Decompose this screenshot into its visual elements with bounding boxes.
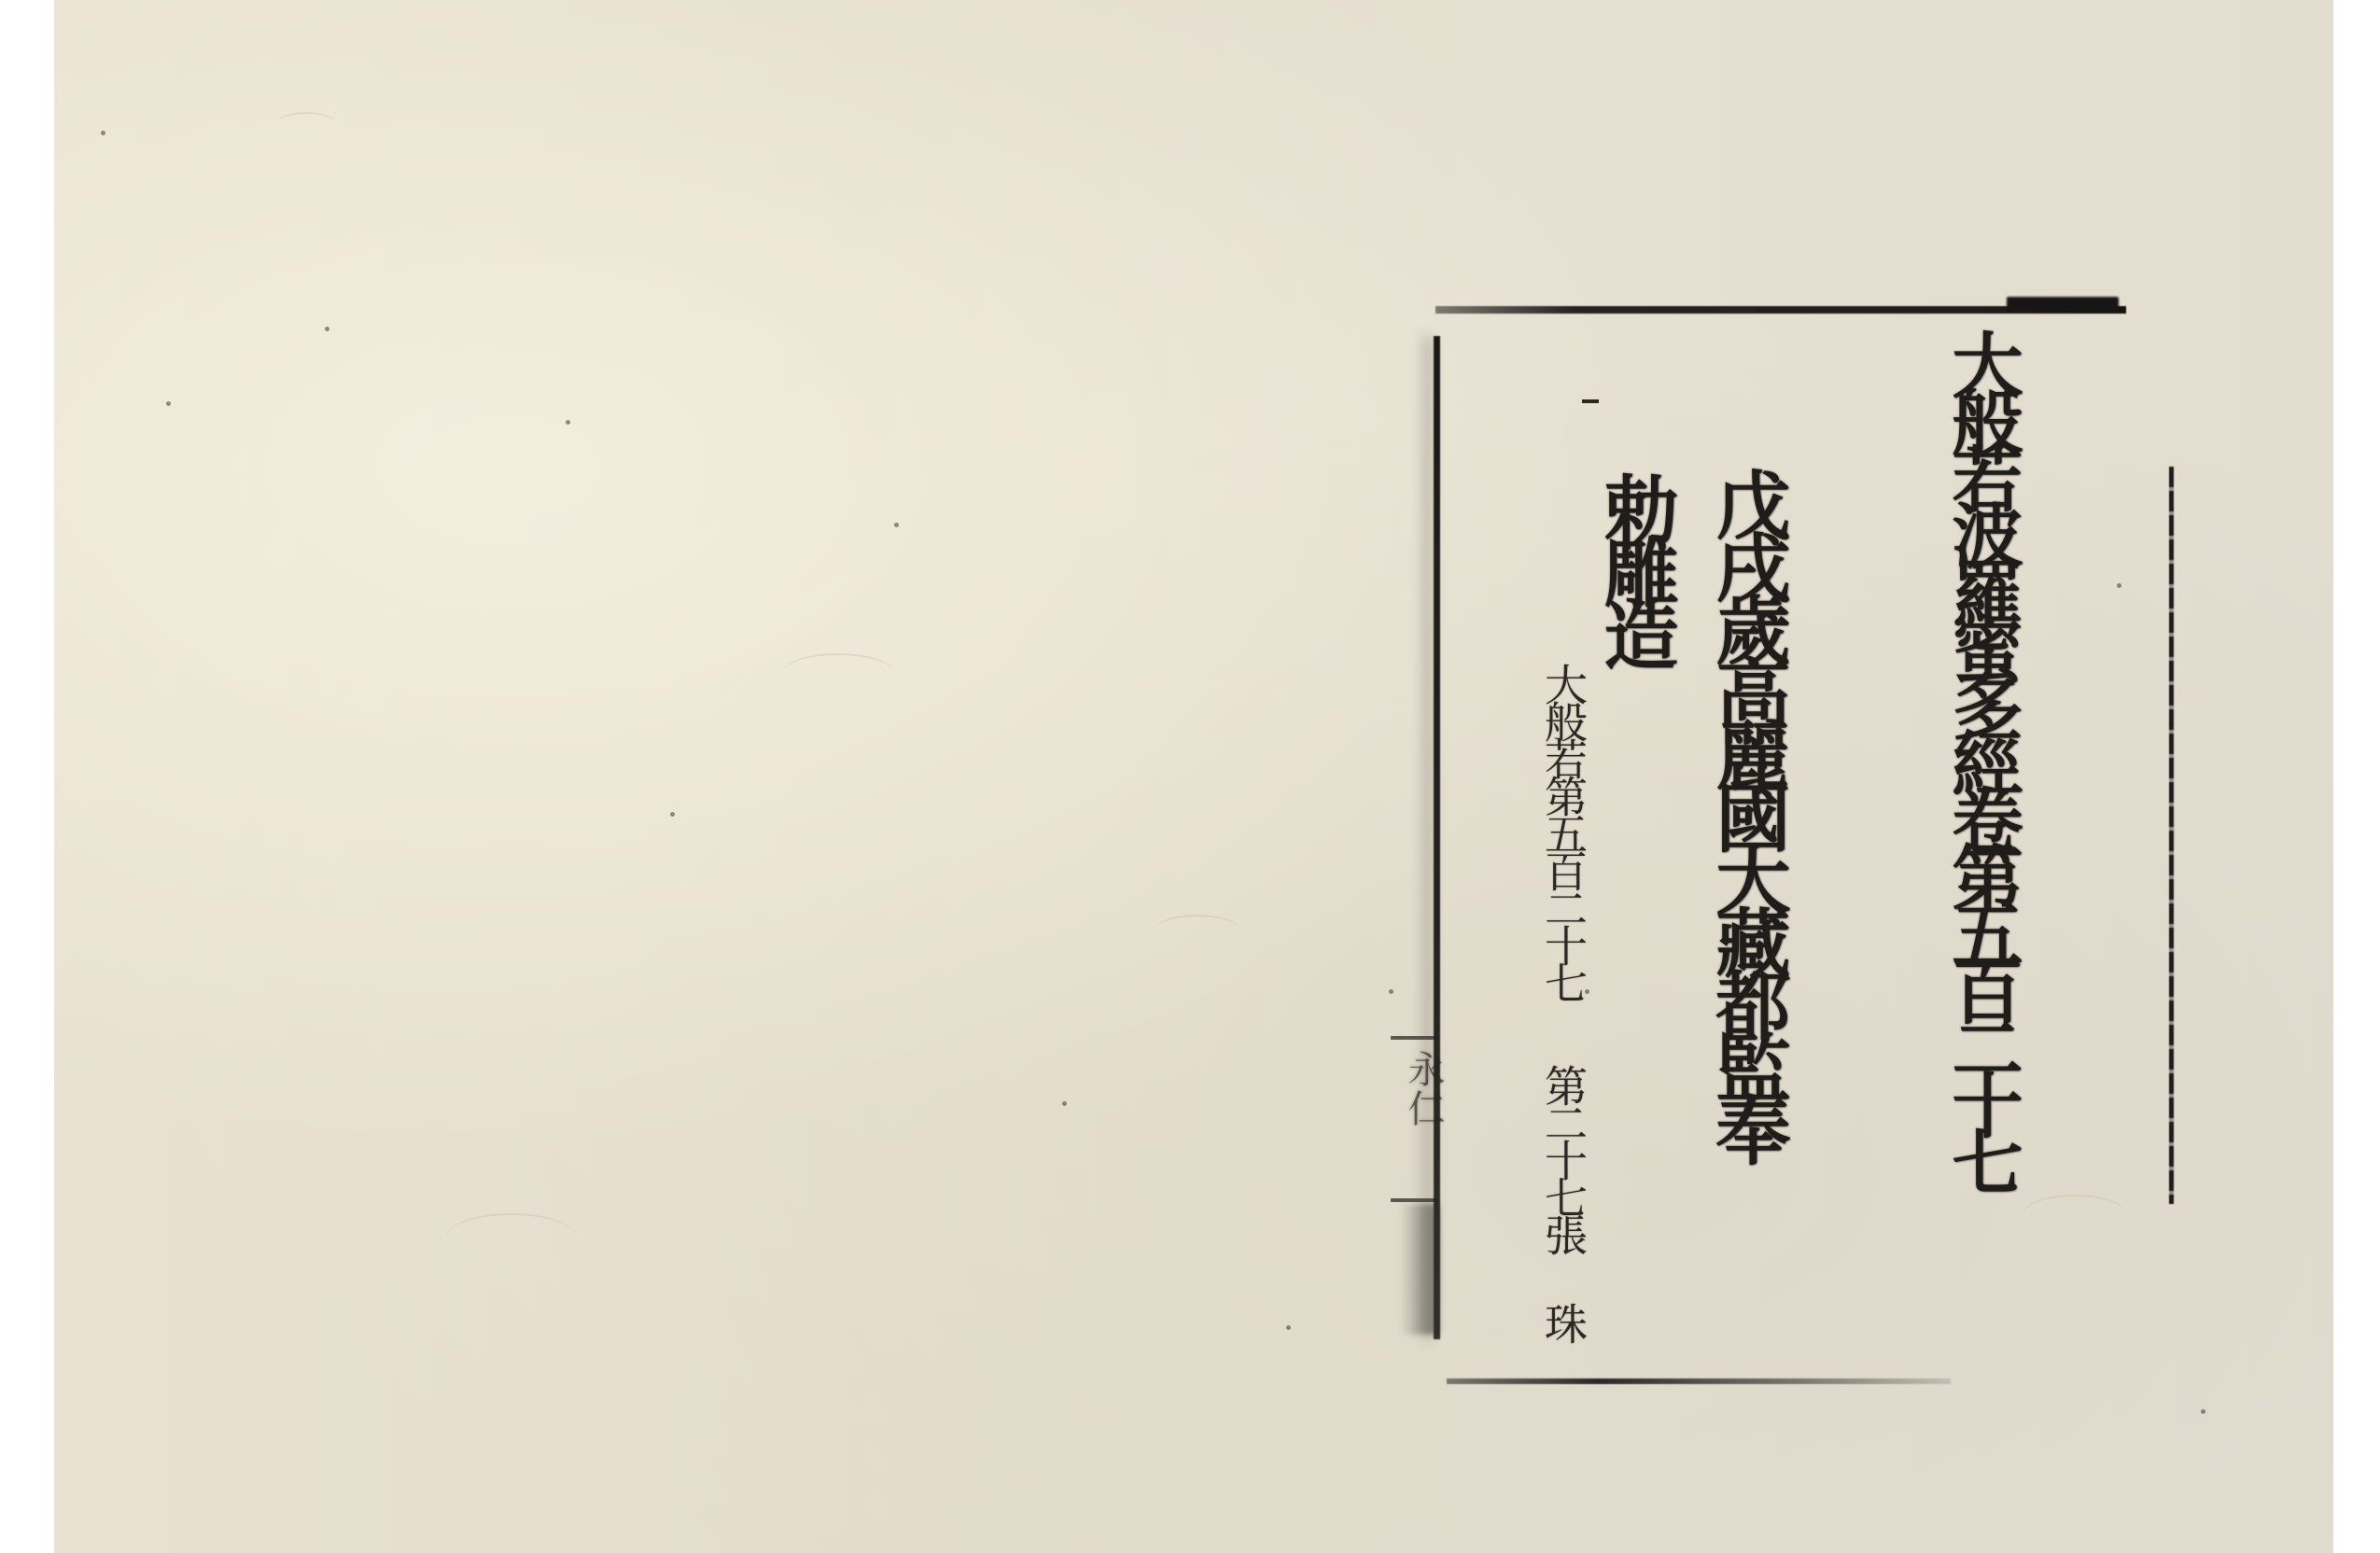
- paper-fiber: [782, 653, 894, 693]
- paper-speck: [1062, 1101, 1067, 1106]
- frame-border-bottom: [1447, 1378, 1951, 1384]
- volume-label: 大般若第五百二十七: [1535, 663, 1591, 999]
- ink-smudge: [1400, 1204, 1439, 1335]
- sutra-title-column: 大般若波羅蜜多經卷第五百二十七: [1937, 329, 2026, 1182]
- paper-speck: [166, 401, 171, 406]
- paper-speck: [1286, 1325, 1291, 1330]
- ink-mark: [1582, 399, 1599, 403]
- paper-fiber: [1155, 915, 1239, 944]
- paper-speck: [2201, 1409, 2205, 1414]
- paper-speck: [325, 327, 329, 331]
- paper-speck: [2117, 583, 2121, 588]
- paper-speck: [566, 420, 570, 425]
- paper-speck: [101, 131, 105, 135]
- colophon-column-1: 戊戌歲高麗國大藏都監奉: [1701, 467, 1794, 1154]
- paper-fiber: [446, 1213, 577, 1262]
- paper-fiber: [278, 112, 334, 133]
- paper-speck: [894, 523, 899, 527]
- frame-border-right: [2169, 467, 2174, 1204]
- frame-border-top-heavy: [2007, 297, 2119, 312]
- paper-fiber: [2023, 1195, 2126, 1234]
- case-mark-label: 珠: [1535, 1302, 1591, 1339]
- paper-speck: [1389, 989, 1393, 994]
- outer-margin-label: 永仁: [1400, 1050, 1447, 1128]
- sheet-number-label: 第二十七張: [1535, 1064, 1591, 1251]
- paper-speck: [670, 812, 675, 817]
- colophon-column-2: 勅雕造: [1589, 471, 1682, 659]
